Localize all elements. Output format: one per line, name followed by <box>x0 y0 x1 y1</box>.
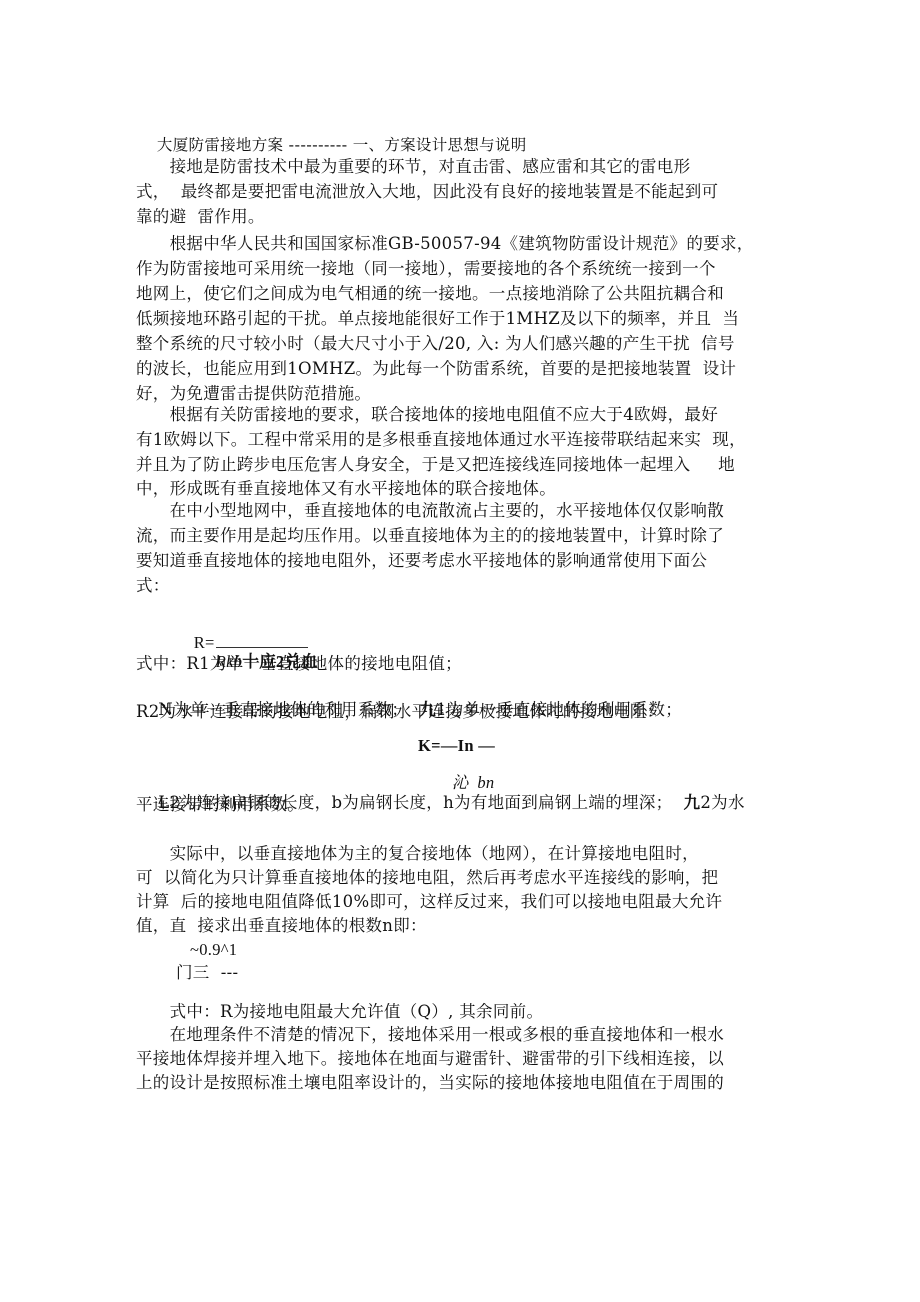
paragraph-line: 式中：R为接地电阻最大允许值（Q）, 其余同前。 <box>136 1001 543 1023</box>
definition-line: R2为水平连接带的接地电阻，扁钢水平连接多极接地体时的接地电阻： <box>136 701 664 723</box>
paragraph-line: 可 以简化为只计算垂直接地体的接地电阻，然后再考虑水平连接线的影响，把 <box>136 867 718 889</box>
paragraph-line: 好，为免遭雷击提供防范措施。 <box>136 383 371 405</box>
paragraph-line: 在中小型地网中，垂直接地体的电流散流占主要的，水平接地体仅仅影响散 <box>136 500 724 522</box>
eta-symbol: 九 <box>684 793 701 812</box>
paragraph-line: 在地理条件不清楚的情况下，接地体采用一根或多根的垂直接地体和一根水 <box>136 1024 724 1046</box>
definition-line: 式中：R1为单一垂直接地体的接地电阻值； <box>136 653 462 675</box>
paragraph-line: 平接地体焊接并埋入地下。接地体在地面与避雷针、避雷带的引下线相连接，以 <box>136 1048 724 1070</box>
paragraph-line: 接地是防雷技术中最为重要的环节，对直击雷、感应雷和其它的雷电形 <box>136 156 690 178</box>
formula-3-line1: ~0.9^1 <box>190 939 237 961</box>
paragraph-line: 式， 最终都是要把雷电流泄放入大地，因此没有良好的接地装置是不能起到可 <box>136 181 718 203</box>
title-main: 大厦防雷接地方案 <box>157 136 283 154</box>
paragraph-line: 并且为了防止跨步电压危害人身安全，于是又把连接线连同接地体一起埋入 地 <box>136 454 735 476</box>
section-heading: 一、方案设计思想与说明 <box>353 136 527 154</box>
definition-text: 2为水 <box>700 793 744 812</box>
paragraph-line: 的波长，也能应用到1OMHZ。为此每一个防雷系统，首要的是把接地装置 设计 <box>136 358 736 380</box>
paragraph-line: 靠的避 雷作用。 <box>136 206 265 228</box>
paragraph-line: 值，直 接求出垂直接地体的根数n即： <box>136 915 427 937</box>
title-dashes: ---------- <box>283 136 352 154</box>
paragraph-line: 根据中华人民共和国国家标准GB-50057-94《建筑物防雷设计规范》的要求， <box>136 233 754 255</box>
paragraph-line: 地网上，使它们之间成为电气相通的统一接地。一点接地消除了公共阻抗耦合和 <box>136 283 724 305</box>
paragraph-line: 根据有关防雷接地的要求，联合接地体的接地电阻值不应大于4欧姆，最好 <box>136 404 718 426</box>
document-page: 大厦防雷接地方案 ---------- 一、方案设计思想与说明 接地是防雷技术中… <box>0 0 920 1302</box>
paragraph-line: 有1欧姆以下。工程中常采用的是多根垂直接地体通过水平连接带联结起来实 现， <box>136 429 746 451</box>
paragraph-line: 作为防雷接地可采用统一接地（同一接地），需要接地的各个系统统一接到一个 <box>136 258 716 280</box>
paragraph-line: 式： <box>136 575 170 597</box>
paragraph-line: 要知道垂直接地体的接地电阻外，还要考虑水平接地体的影响通常使用下面公 <box>136 550 707 572</box>
paragraph-line: 中，形成既有垂直接地体又有水平接地体的联合接地体。 <box>136 478 556 500</box>
paragraph-line: 计算 后的接地电阻值降低10%即可，这样反过来，我们可以接地电阻最大允许 <box>136 891 722 913</box>
paragraph-line: 低频接地环路引起的干扰。单点接地能很好工作于1MHZ及以下的频率，并且 当 <box>136 308 739 330</box>
formula-3-line2: 门三 --- <box>176 962 238 984</box>
paragraph-line: 整个系统的尺寸较小时（最大尺寸小于入/20, 入: 为人们感兴趣的产生干扰 信号 <box>136 333 735 355</box>
definition-line: 平连接带的利用系数。 <box>136 794 304 816</box>
paragraph-line: 实际中，以垂直接地体为主的复合接地体（地网），在计算接地电阻时， <box>136 843 699 865</box>
paragraph-line: 上的设计是按照标准土壤电阻率设计的，当实际的接地体接地电阻值在于周围的 <box>136 1072 724 1094</box>
paragraph-line: 流，而主要作用是起均压作用。以垂直接地体为主的的接地装置中，计算时除了 <box>136 525 724 547</box>
